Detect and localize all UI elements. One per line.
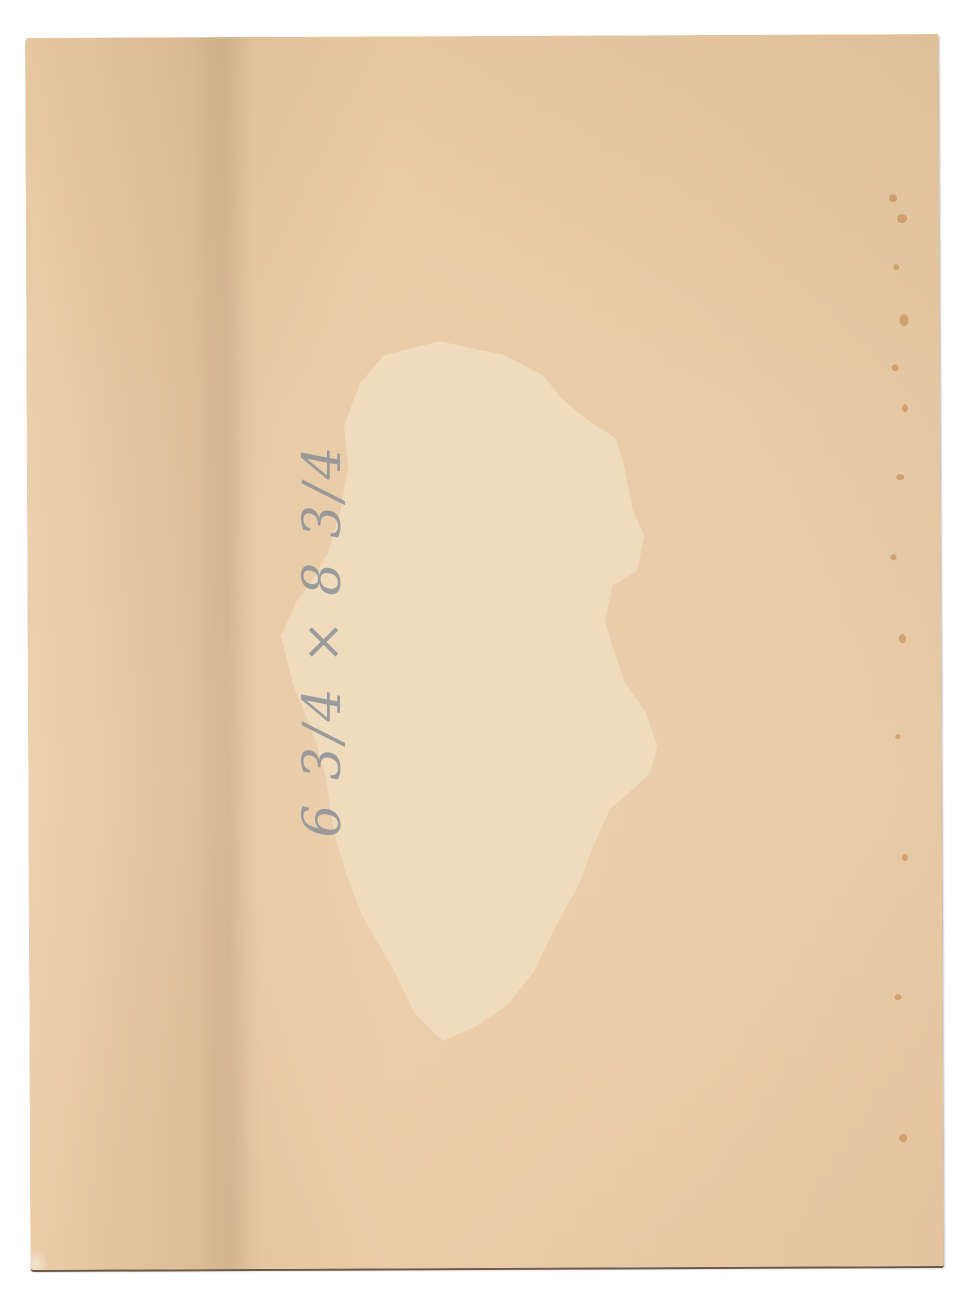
paper-sheet	[25, 34, 943, 1270]
foxing-spot	[891, 554, 897, 560]
fold-shading	[195, 37, 260, 1269]
foxing-spot	[897, 214, 907, 223]
foxing-spot	[902, 854, 908, 861]
foxing-spots	[885, 174, 929, 1174]
foxing-spot	[895, 734, 900, 739]
foxing-spot	[902, 404, 908, 412]
foxing-spot	[893, 264, 899, 270]
foxing-spot	[896, 474, 904, 480]
corner-wear	[31, 1246, 47, 1270]
foxing-spot	[899, 634, 906, 643]
foxing-spot	[889, 194, 897, 202]
pencil-size-annotation: 6 3/4 × 8 3/4	[293, 442, 353, 837]
foxing-spot	[892, 364, 899, 371]
foxing-spot	[899, 1134, 907, 1142]
foxing-spot	[900, 314, 909, 326]
foxing-spot	[894, 994, 901, 1000]
